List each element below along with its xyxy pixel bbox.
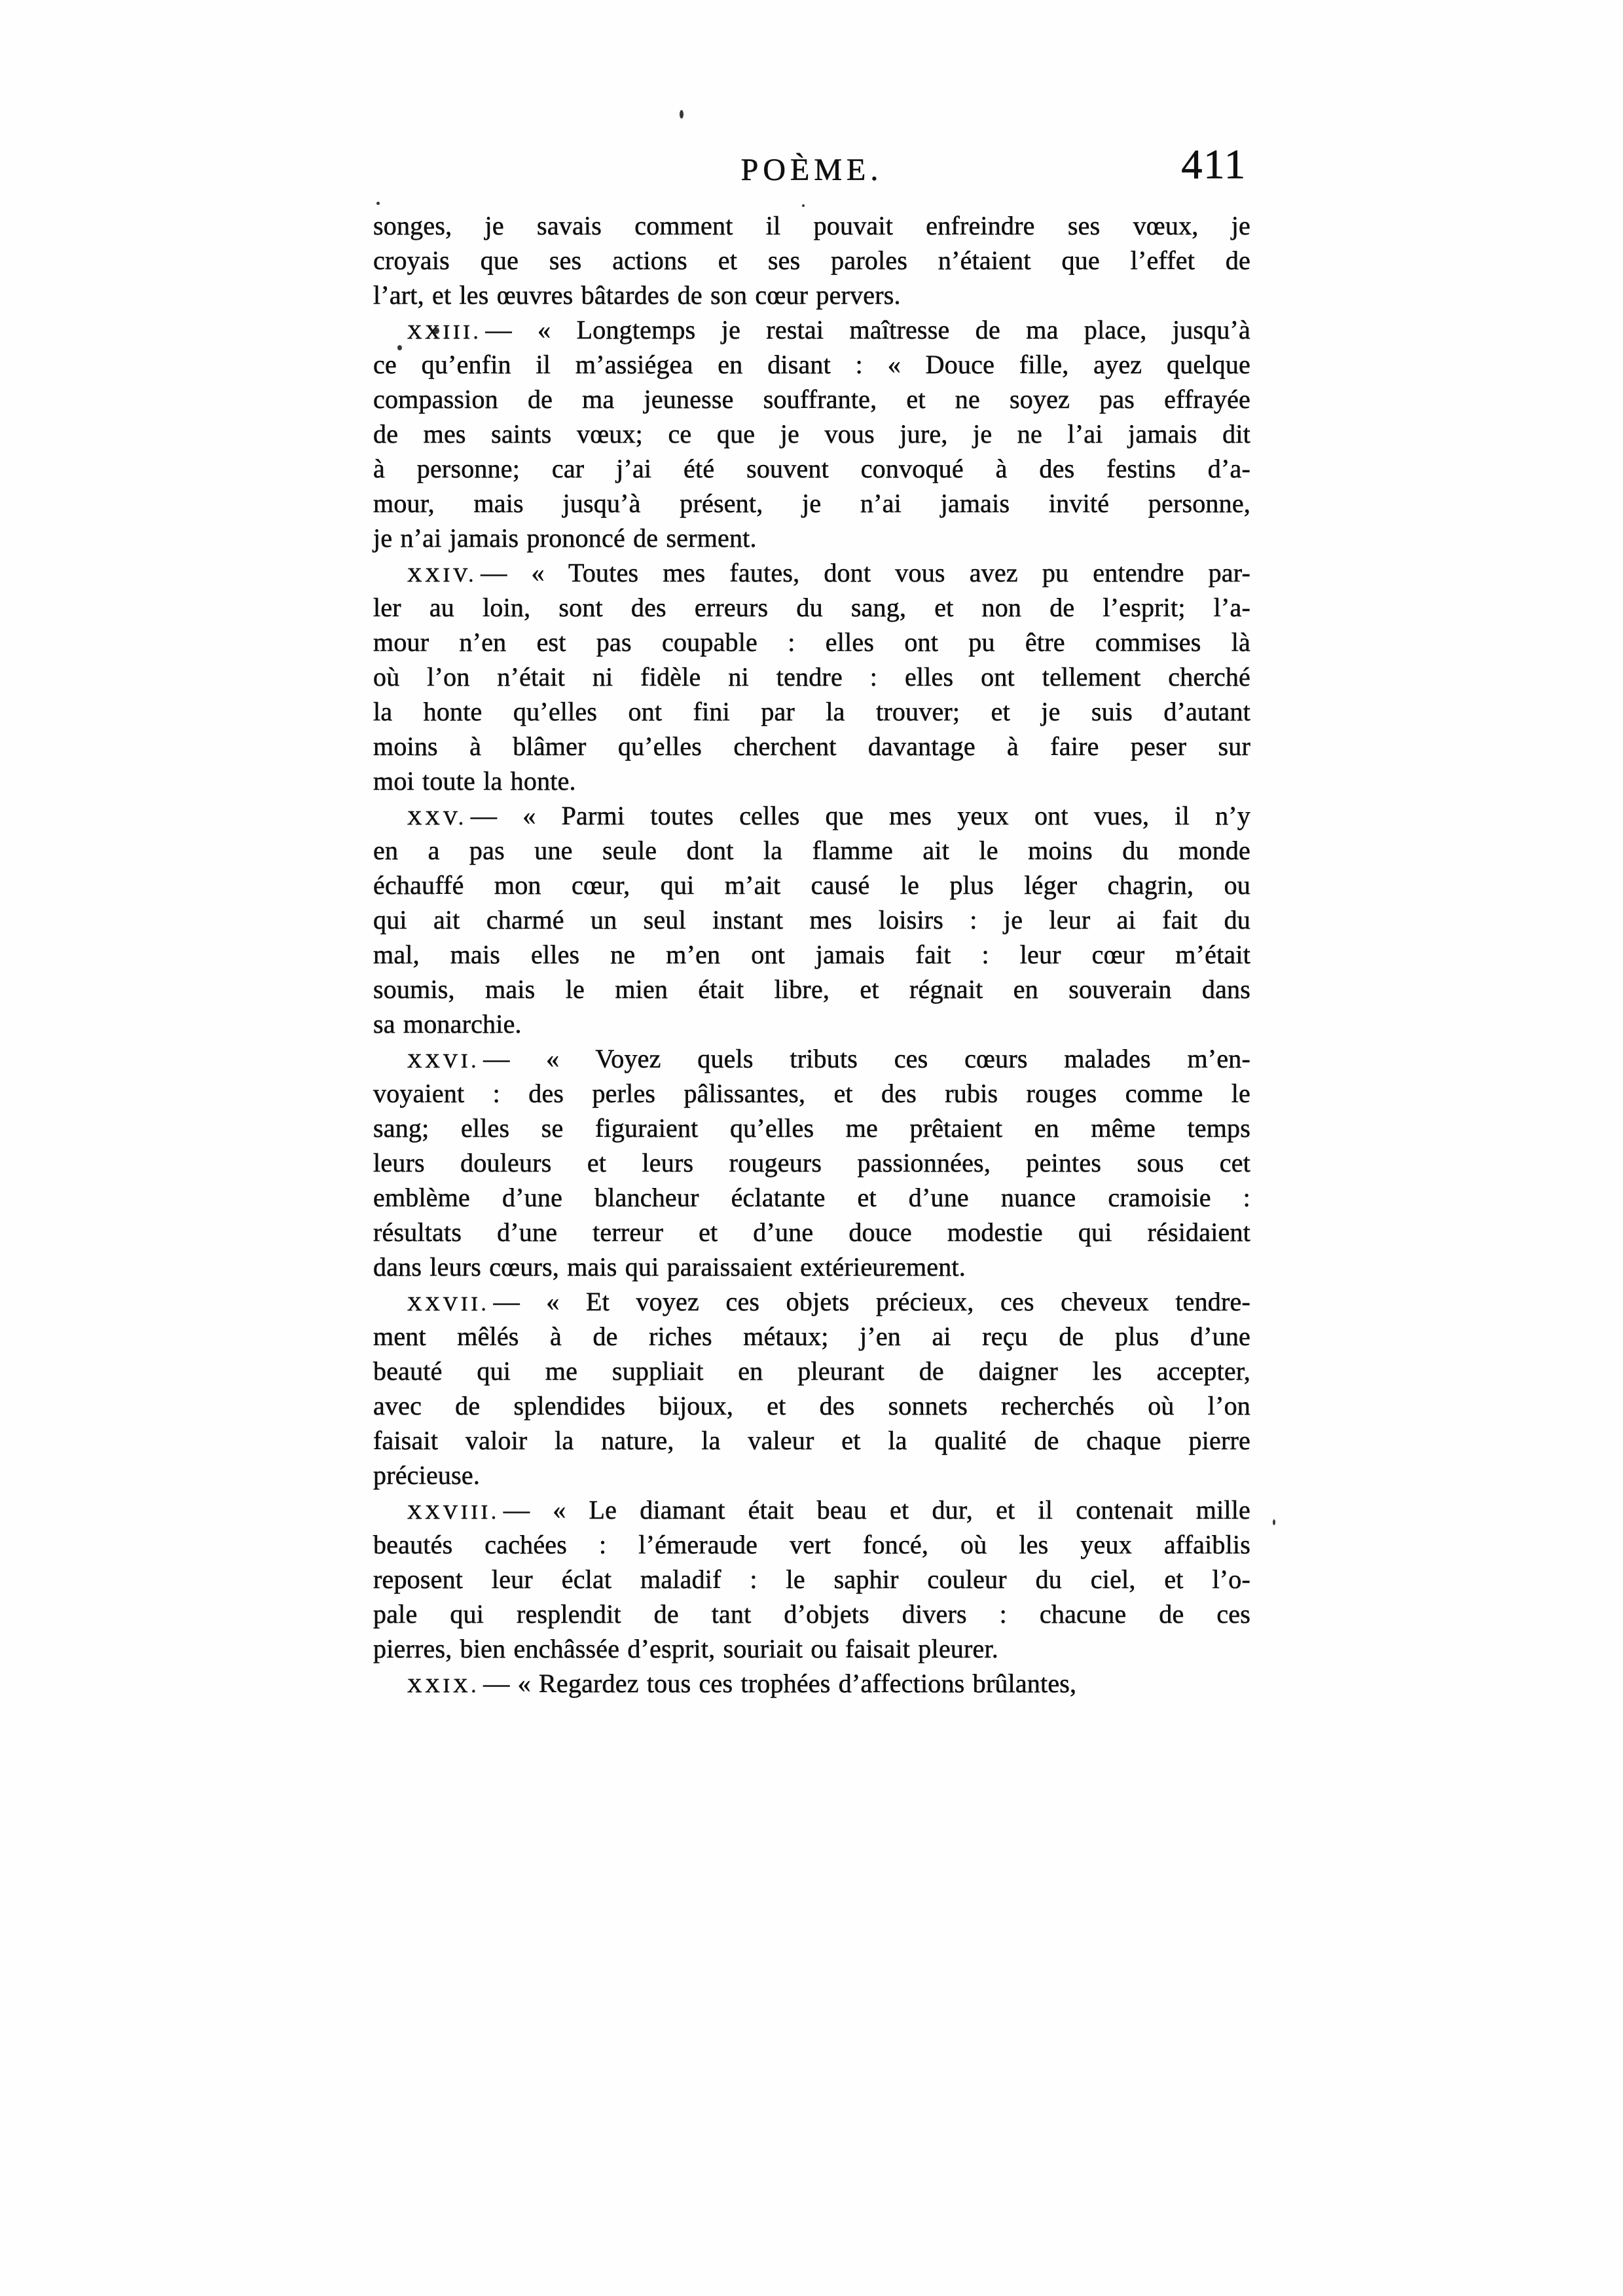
text-line: beautés cachées : l’émeraude vert foncé,…: [373, 1527, 1250, 1562]
paragraph: songes, je savais comment il pouvait enf…: [373, 208, 1250, 312]
text-line: XXVIII.— « Le diamant était beau et dur,…: [373, 1492, 1250, 1527]
text-line: ce qu’enfin il m’assiégea en disant : « …: [373, 347, 1250, 382]
text-line: mour n’en est pas coupable : elles ont p…: [373, 625, 1250, 659]
text-line: précieuse.: [373, 1458, 1250, 1492]
text-line: ment mêlés à de riches métaux; j’en ai r…: [373, 1319, 1250, 1354]
text-line: l’art, et les œuvres bâtardes de son cœu…: [373, 278, 1250, 312]
ink-speck: [397, 345, 402, 350]
text-line: moi toute la honte.: [373, 764, 1250, 798]
text-line: en a pas une seule dont la flamme ait le…: [373, 833, 1250, 868]
book-page: POÈME. 411 songes, je savais comment il …: [0, 0, 1623, 2296]
text-line: XXVII.— « Et voyez ces objets précieux, …: [373, 1284, 1250, 1319]
text-line: beauté qui me suppliait en pleurant de d…: [373, 1354, 1250, 1388]
text-line: je n’ai jamais prononcé de serment.: [373, 521, 1250, 555]
stanza-numeral: XXVIII.: [407, 1500, 500, 1523]
paragraph: XXVIII.— « Le diamant était beau et dur,…: [373, 1492, 1250, 1666]
paragraph: XXIX.— « Regardez tous ces trophées d’af…: [373, 1666, 1250, 1701]
ink-speck: [1273, 1519, 1275, 1525]
paragraph: XXV.— « Parmi toutes celles que mes yeux…: [373, 798, 1250, 1041]
text-line: moins à blâmer qu’elles cherchent davant…: [373, 729, 1250, 764]
text-line: à personne; car j’ai été souvent convoqu…: [373, 451, 1250, 486]
text-line: leurs douleurs et leurs rougeurs passion…: [373, 1145, 1250, 1180]
ink-speck: [433, 327, 439, 334]
running-title: POÈME.: [373, 152, 1250, 188]
stanza-numeral: XXVI.: [407, 1049, 479, 1072]
text-line: XXIII.— « Longtemps je restai maîtresse …: [373, 312, 1250, 347]
page-number: 411: [1181, 140, 1247, 189]
ink-speck: [376, 202, 380, 205]
text-line: XXVI.— « Voyez quels tributs ces cœurs m…: [373, 1041, 1250, 1076]
stanza-numeral: XXIV.: [407, 563, 477, 586]
text-line: reposent leur éclat maladif : le saphir …: [373, 1562, 1250, 1597]
text-line: où l’on n’était ni fidèle ni tendre : el…: [373, 659, 1250, 694]
text-line: compassion de ma jeunesse souffrante, et…: [373, 382, 1250, 417]
text-line: échauffé mon cœur, qui m’ait causé le pl…: [373, 868, 1250, 902]
paragraph: XXVII.— « Et voyez ces objets précieux, …: [373, 1284, 1250, 1492]
text-line: de mes saints vœux; ce que je vous jure,…: [373, 417, 1250, 451]
text-line: mour, mais jusqu’à présent, je n’ai jama…: [373, 486, 1250, 521]
page-header: POÈME. 411: [373, 145, 1250, 191]
paragraph: XXIV.— « Toutes mes fautes, dont vous av…: [373, 555, 1250, 798]
text-line: pale qui resplendit de tant d’objets div…: [373, 1597, 1250, 1631]
text-line: dans leurs cœurs, mais qui paraissaient …: [373, 1250, 1250, 1284]
text-line: voyaient : des perles pâlissantes, et de…: [373, 1076, 1250, 1111]
ink-speck: [680, 110, 684, 119]
text-line: XXV.— « Parmi toutes celles que mes yeux…: [373, 798, 1250, 833]
text-line: pierres, bien enchâssée d’esprit, souria…: [373, 1631, 1250, 1666]
paragraph: XXIII.— « Longtemps je restai maîtresse …: [373, 312, 1250, 555]
stanza-numeral: XXIX.: [407, 1674, 479, 1697]
text-line: la honte qu’elles ont fini par la trouve…: [373, 694, 1250, 729]
text-line: mal, mais elles ne m’en ont jamais fait …: [373, 937, 1250, 972]
text-line: emblème d’une blancheur éclatante et d’u…: [373, 1180, 1250, 1215]
text-line: XXIV.— « Toutes mes fautes, dont vous av…: [373, 555, 1250, 590]
paragraph: XXVI.— « Voyez quels tributs ces cœurs m…: [373, 1041, 1250, 1284]
text-body: songes, je savais comment il pouvait enf…: [373, 208, 1250, 1701]
text-line: sa monarchie.: [373, 1007, 1250, 1041]
text-line: avec de splendides bijoux, et des sonnet…: [373, 1388, 1250, 1423]
text-line: ler au loin, sont des erreurs du sang, e…: [373, 590, 1250, 625]
text-line: résultats d’une terreur et d’une douce m…: [373, 1215, 1250, 1250]
text-line: faisait valoir la nature, la valeur et l…: [373, 1423, 1250, 1458]
text-line: XXIX.— « Regardez tous ces trophées d’af…: [373, 1666, 1250, 1701]
stanza-numeral: XXV.: [407, 806, 467, 829]
text-line: songes, je savais comment il pouvait enf…: [373, 208, 1250, 243]
text-line: qui ait charmé un seul instant mes loisi…: [373, 902, 1250, 937]
stanza-numeral: XXIII.: [407, 320, 482, 343]
ink-speck: [802, 204, 805, 207]
stanza-numeral: XXVII.: [407, 1292, 490, 1315]
text-line: soumis, mais le mien était libre, et rég…: [373, 972, 1250, 1007]
text-line: sang; elles se figuraient qu’elles me pr…: [373, 1111, 1250, 1145]
text-line: croyais que ses actions et ses paroles n…: [373, 243, 1250, 278]
